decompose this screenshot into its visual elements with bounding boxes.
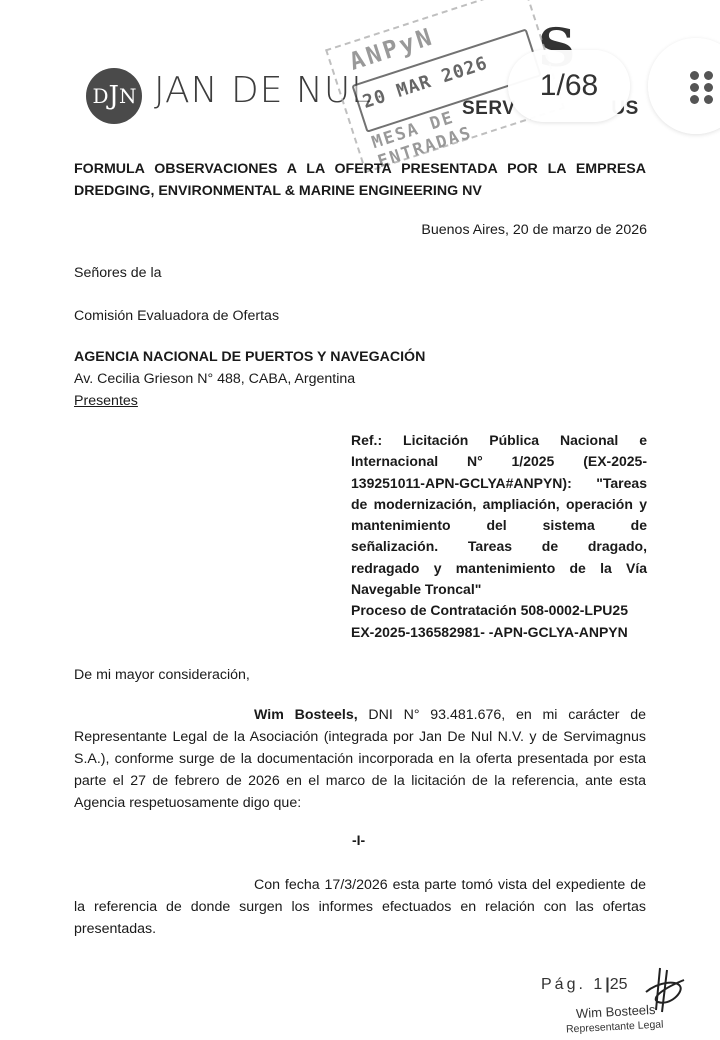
reference-line: Navegable Troncal" (351, 579, 647, 600)
paragraph-1-line-1-rest: DNI N° 93.481.676, en mi carácter de (368, 707, 646, 723)
salutation-line-1: Señores de la (74, 262, 162, 284)
paragraph-1: Wim Bosteels, DNI N° 93.481.676, en mi c… (74, 704, 646, 814)
document-page: DJN JAN DE NUL S SERVUS ANPyN 20 MAR 202… (0, 0, 720, 1040)
signer-role: Representante Legal (566, 1018, 664, 1035)
paragraph-1-line: parte el 27 de febrero de 2026 en el mar… (74, 770, 646, 792)
reference-line: mantenimiento del sistema de (351, 515, 647, 536)
paragraph-2-line: Con fecha 17/3/2026 esta parte tomó vist… (74, 874, 646, 896)
paragraph-1-line: S.A.), conforme surge de la documentació… (74, 748, 646, 770)
section-marker: -I- (352, 832, 365, 848)
reference-line: 139251011-APN-GCLYA#ANPYN): "Tareas (351, 473, 647, 494)
page-number-current: Pág. 1 (541, 976, 605, 993)
file-number: EX-2025-136582981- -APN-GCLYA-ANPYN (351, 622, 647, 643)
paragraph-2-line: presentadas. (74, 918, 646, 940)
procurement-process-number: Proceso de Contratación 508-0002-LPU25 (351, 600, 647, 621)
signer-name-footer: Wim Bosteels (576, 1002, 656, 1021)
presentes: Presentes (74, 390, 138, 412)
logo-letter-d: D (93, 84, 108, 108)
agency-name: AGENCIA NACIONAL DE PUERTOS Y NAVEGACIÓN (74, 346, 425, 368)
page-number-total: 25 (610, 976, 628, 993)
reference-line: Ref.: Licitación Pública Nacional e (351, 430, 647, 451)
logo-letter-n: N (119, 84, 136, 108)
document-title: FORMULA OBSERVACIONES A LA OFERTA PRESEN… (74, 158, 646, 202)
paragraph-2: Con fecha 17/3/2026 esta parte tomó vist… (74, 874, 646, 940)
page-number: Pág. 1|25 (541, 976, 628, 994)
paragraph-2-line: la referencia de donde surgen los inform… (74, 896, 646, 918)
jan-de-nul-logo-icon: DJN (86, 68, 142, 124)
logo-letter-j: J (109, 81, 118, 111)
signer-name: Wim Bosteels, (254, 707, 358, 723)
reference-line: Internacional N° 1/2025 (EX-2025- (351, 451, 647, 472)
page-indicator: 1/68 (508, 50, 630, 122)
greeting: De mi mayor consideración, (74, 664, 250, 686)
place-date: Buenos Aires, 20 de marzo de 2026 (420, 219, 647, 241)
title-line-2: DREDGING, ENVIRONMENTAL & MARINE ENGINEE… (74, 183, 482, 199)
title-line-1: FORMULA OBSERVACIONES A LA OFERTA PRESEN… (74, 158, 646, 180)
reference-line: de modernización, ampliación, operación … (351, 494, 647, 515)
reference-line: señalización. Tareas de dragado, (351, 536, 647, 557)
agency-address: Av. Cecilia Grieson N° 488, CABA, Argent… (74, 368, 355, 390)
reference-block: Ref.: Licitación Pública Nacional e Inte… (351, 430, 647, 643)
more-options-button[interactable] (648, 38, 720, 134)
paragraph-1-line-1: Wim Bosteels, DNI N° 93.481.676, en mi c… (74, 704, 646, 726)
reference-line: redragado y mantenimiento de la Vía (351, 558, 647, 579)
paragraph-1-line: Agencia respetuosamente digo que: (74, 792, 646, 814)
more-dots-icon (690, 71, 714, 101)
salutation-line-2: Comisión Evaluadora de Ofertas (74, 305, 279, 327)
paragraph-1-line: Representante Legal de la Asociación (in… (74, 726, 646, 748)
